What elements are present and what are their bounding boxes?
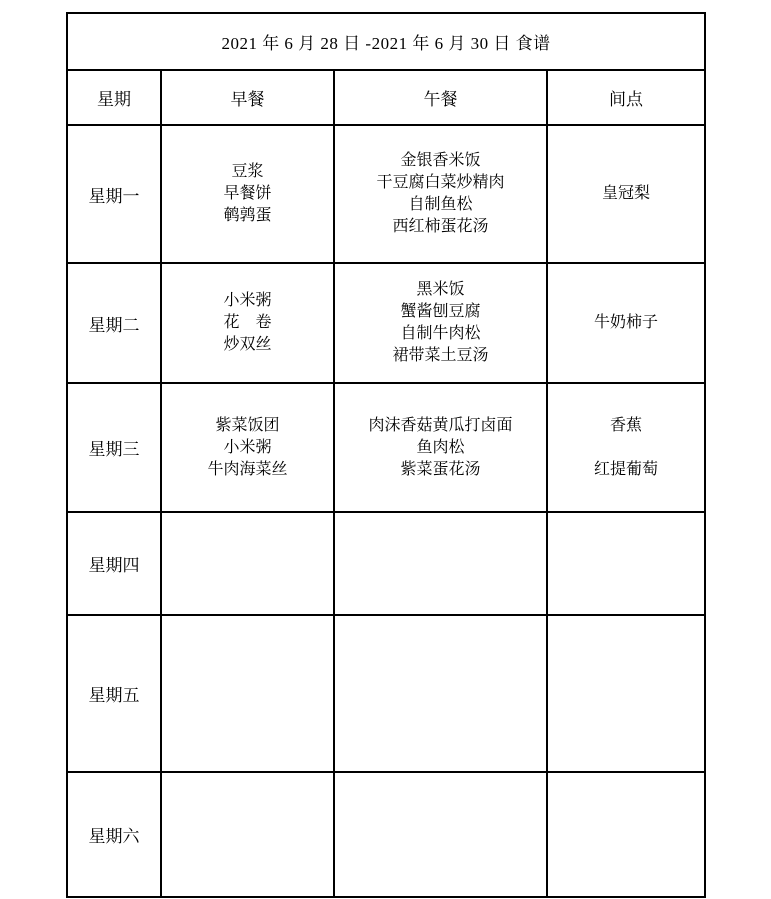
menu-item: 早餐饼 [162, 183, 333, 205]
table-row-tuesday: 星期二 小米粥 花 卷 炒双丝 黑米饭 蟹酱刨豆腐 自制牛肉松 裙带菜土豆汤 牛… [67, 263, 705, 383]
lunch-cell [334, 512, 547, 615]
breakfast-cell [161, 512, 334, 615]
lunch-cell [334, 615, 547, 772]
table-row-monday: 星期一 豆浆 早餐饼 鹌鹑蛋 金银香米饭 干豆腐白菜炒精肉 自制鱼松 西红柿蛋花… [67, 125, 705, 263]
col-header-week: 星期 [67, 70, 161, 125]
col-header-lunch: 午餐 [334, 70, 547, 125]
menu-item: 鹌鹑蛋 [162, 205, 333, 227]
title-row: 2021 年 6 月 28 日 -2021 年 6 月 30 日 食谱 [67, 13, 705, 70]
menu-item: 肉沫香菇黄瓜打卤面 [335, 415, 546, 437]
menu-item [548, 437, 704, 459]
menu-item: 黑米饭 [335, 279, 546, 301]
menu-item: 金银香米饭 [335, 150, 546, 172]
table-row-wednesday: 星期三 紫菜饭团 小米粥 牛肉海菜丝 肉沫香菇黄瓜打卤面 鱼肉松 紫菜蛋花汤 香… [67, 383, 705, 512]
table-row-friday: 星期五 [67, 615, 705, 772]
snack-cell: 牛奶柿子 [547, 263, 705, 383]
menu-item: 豆浆 [162, 161, 333, 183]
menu-item: 红提葡萄 [548, 459, 704, 481]
col-header-breakfast: 早餐 [161, 70, 334, 125]
lunch-cell: 肉沫香菇黄瓜打卤面 鱼肉松 紫菜蛋花汤 [334, 383, 547, 512]
table-title: 2021 年 6 月 28 日 -2021 年 6 月 30 日 食谱 [67, 13, 705, 70]
snack-cell [547, 615, 705, 772]
menu-item: 牛肉海菜丝 [162, 459, 333, 481]
day-label: 星期六 [67, 772, 161, 897]
menu-item: 炒双丝 [162, 334, 333, 356]
table-row-saturday: 星期六 [67, 772, 705, 897]
menu-item: 蟹酱刨豆腐 [335, 301, 546, 323]
menu-item: 干豆腐白菜炒精肉 [335, 172, 546, 194]
day-label: 星期四 [67, 512, 161, 615]
lunch-cell: 金银香米饭 干豆腐白菜炒精肉 自制鱼松 西红柿蛋花汤 [334, 125, 547, 263]
menu-item: 花 卷 [162, 312, 333, 334]
menu-item: 紫菜蛋花汤 [335, 459, 546, 481]
day-label: 星期一 [67, 125, 161, 263]
menu-item: 紫菜饭团 [162, 415, 333, 437]
menu-item: 西红柿蛋花汤 [335, 216, 546, 238]
menu-item: 小米粥 [162, 437, 333, 459]
menu-item: 自制鱼松 [335, 194, 546, 216]
snack-cell: 皇冠梨 [547, 125, 705, 263]
header-row: 星期 早餐 午餐 间点 [67, 70, 705, 125]
menu-item: 裙带菜土豆汤 [335, 345, 546, 367]
menu-item: 香蕉 [548, 415, 704, 437]
breakfast-cell [161, 772, 334, 897]
breakfast-cell: 豆浆 早餐饼 鹌鹑蛋 [161, 125, 334, 263]
day-label: 星期二 [67, 263, 161, 383]
menu-item: 鱼肉松 [335, 437, 546, 459]
col-header-snack: 间点 [547, 70, 705, 125]
menu-item: 自制牛肉松 [335, 323, 546, 345]
menu-item: 牛奶柿子 [548, 312, 704, 334]
day-label: 星期五 [67, 615, 161, 772]
breakfast-cell: 紫菜饭团 小米粥 牛肉海菜丝 [161, 383, 334, 512]
snack-cell [547, 772, 705, 897]
lunch-cell: 黑米饭 蟹酱刨豆腐 自制牛肉松 裙带菜土豆汤 [334, 263, 547, 383]
breakfast-cell [161, 615, 334, 772]
menu-table: 2021 年 6 月 28 日 -2021 年 6 月 30 日 食谱 星期 早… [66, 12, 706, 898]
menu-item: 小米粥 [162, 290, 333, 312]
menu-item: 皇冠梨 [548, 183, 704, 205]
breakfast-cell: 小米粥 花 卷 炒双丝 [161, 263, 334, 383]
snack-cell: 香蕉 红提葡萄 [547, 383, 705, 512]
table-row-thursday: 星期四 [67, 512, 705, 615]
day-label: 星期三 [67, 383, 161, 512]
snack-cell [547, 512, 705, 615]
lunch-cell [334, 772, 547, 897]
